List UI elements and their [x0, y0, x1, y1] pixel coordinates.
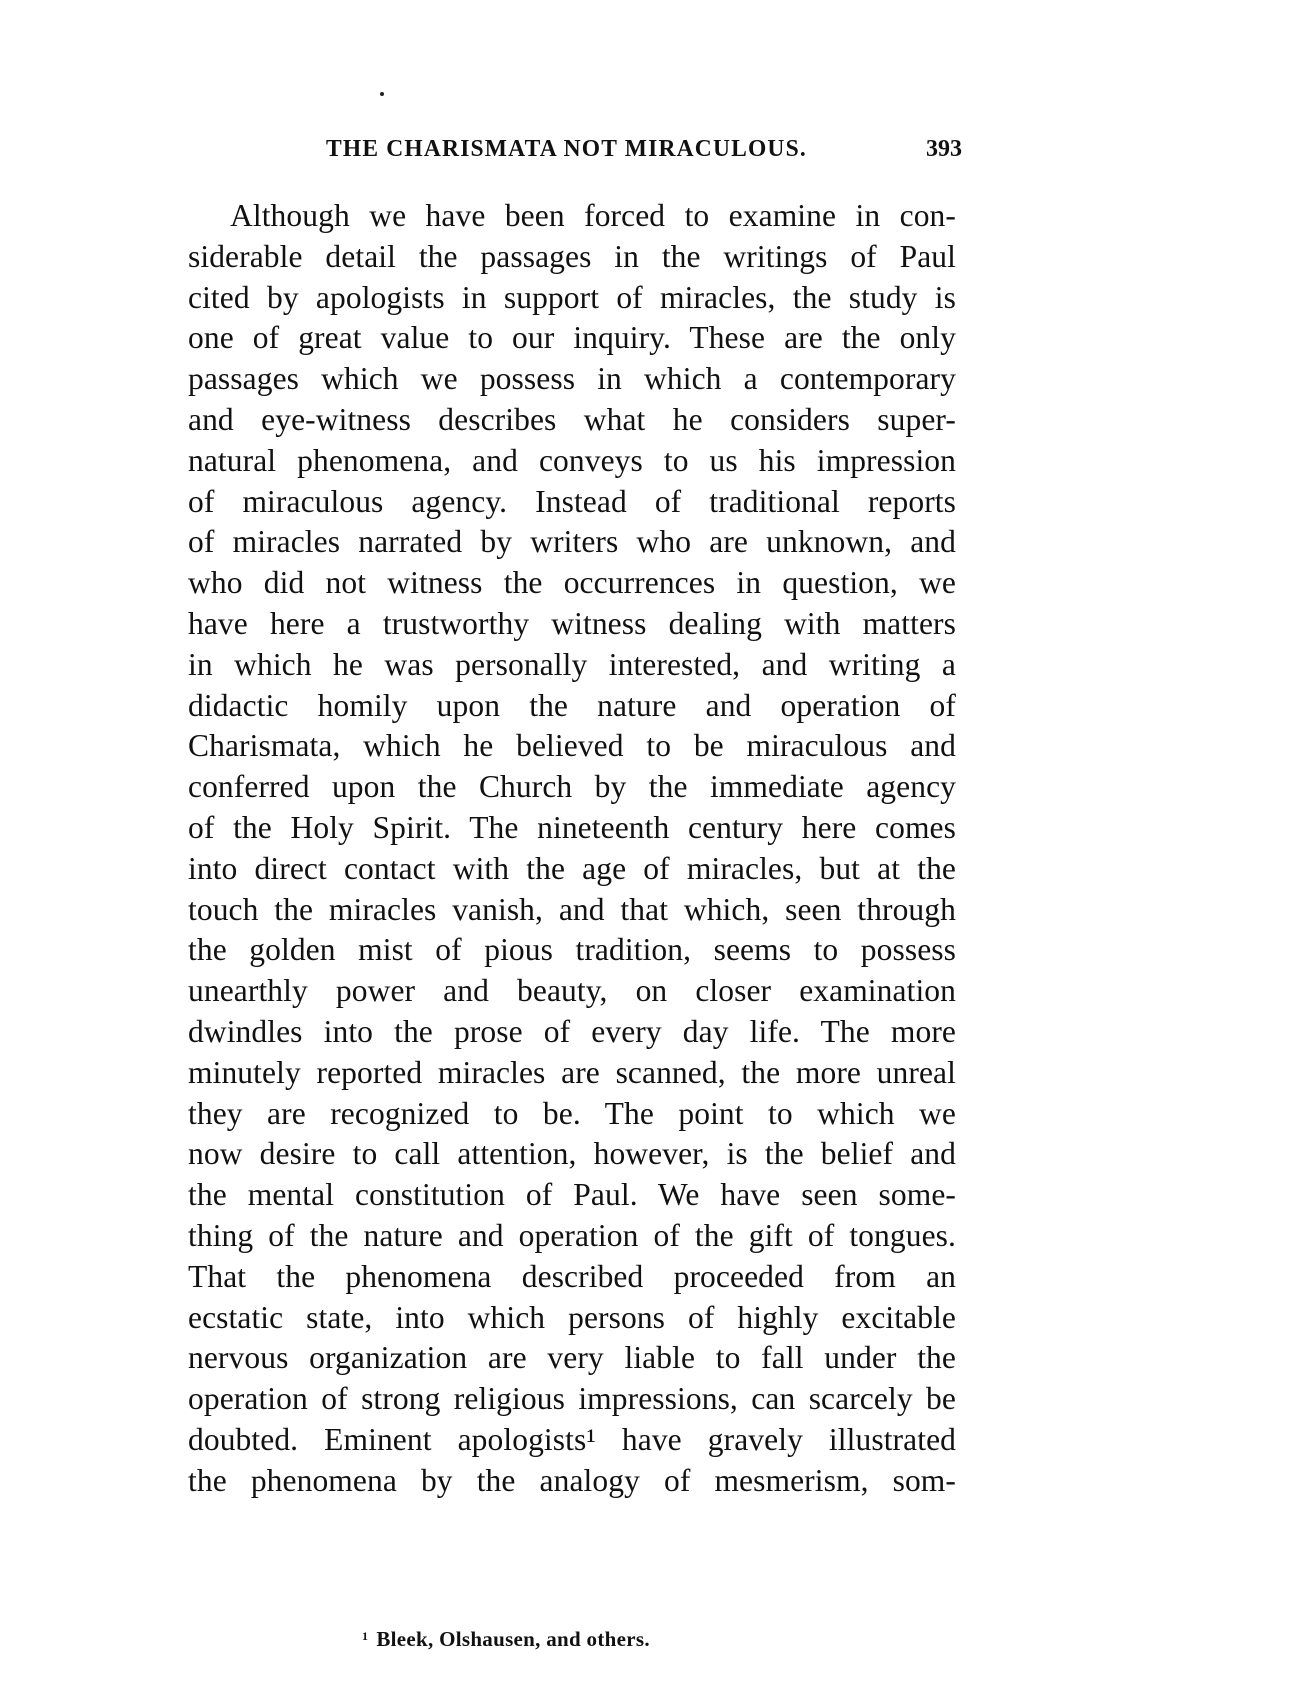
text-line: dwindles into the prose of every day lif…: [188, 1012, 956, 1053]
text-line: nervous organization are very liable to …: [188, 1338, 956, 1379]
text-line: the mental constitution of Paul. We have…: [188, 1175, 956, 1216]
text-line: they are recognized to be. The point to …: [188, 1094, 956, 1135]
text-line: doubted. Eminent apologists¹ have gravel…: [188, 1420, 956, 1461]
text-line: one of great value to our inquiry. These…: [188, 318, 956, 359]
text-line: minutely reported miracles are scanned, …: [188, 1053, 956, 1094]
text-line: touch the miracles vanish, and that whic…: [188, 890, 956, 931]
text-line: in which he was personally interested, a…: [188, 645, 956, 686]
text-line: who did not witness the occurrences in q…: [188, 563, 956, 604]
text-line: of miraculous agency. Instead of traditi…: [188, 482, 956, 523]
running-title: THE CHARISMATA NOT MIRACULOUS.: [326, 136, 807, 163]
running-header: THE CHARISMATA NOT MIRACULOUS. 393: [326, 136, 962, 170]
text-line: Charismata, which he believed to be mira…: [188, 726, 956, 767]
text-line: ecstatic state, into which persons of hi…: [188, 1298, 956, 1339]
text-line: operation of strong religious impression…: [188, 1379, 956, 1420]
text-line: unearthly power and beauty, on closer ex…: [188, 971, 956, 1012]
text-line: natural phenomena, and conveys to us his…: [188, 441, 956, 482]
text-line: have here a trustworthy witness dealing …: [188, 604, 956, 645]
text-line: and eye-witness describes what he consid…: [188, 400, 956, 441]
text-line: passages which we possess in which a con…: [188, 359, 956, 400]
text-line: didactic homily upon the nature and oper…: [188, 686, 956, 727]
text-line: That the phenomena described proceeded f…: [188, 1257, 956, 1298]
text-line: now desire to call attention, however, i…: [188, 1134, 956, 1175]
text-line: into direct contact with the age of mira…: [188, 849, 956, 890]
text-line: the golden mist of pious tradition, seem…: [188, 930, 956, 971]
text-line: conferred upon the Church by the immedia…: [188, 767, 956, 808]
body-paragraph: Although we have been forced to examine …: [188, 196, 956, 1502]
text-line: siderable detail the passages in the wri…: [188, 237, 956, 278]
text-line: Although we have been forced to examine …: [188, 196, 956, 237]
page-number: 393: [926, 136, 962, 163]
text-line: the phenomena by the analogy of mesmeris…: [188, 1461, 956, 1502]
text-line: of the Holy Spirit. The nineteenth centu…: [188, 808, 956, 849]
scan-speck: [380, 92, 384, 96]
text-line: cited by apologists in support of miracl…: [188, 278, 956, 319]
footnote: 1Bleek, Olshausen, and others.: [362, 1627, 650, 1652]
footnote-text: Bleek, Olshausen, and others.: [376, 1627, 650, 1651]
text-line: of miracles narrated by writers who are …: [188, 522, 956, 563]
footnote-marker: 1: [362, 1629, 368, 1643]
text-line: thing of the nature and operation of the…: [188, 1216, 956, 1257]
